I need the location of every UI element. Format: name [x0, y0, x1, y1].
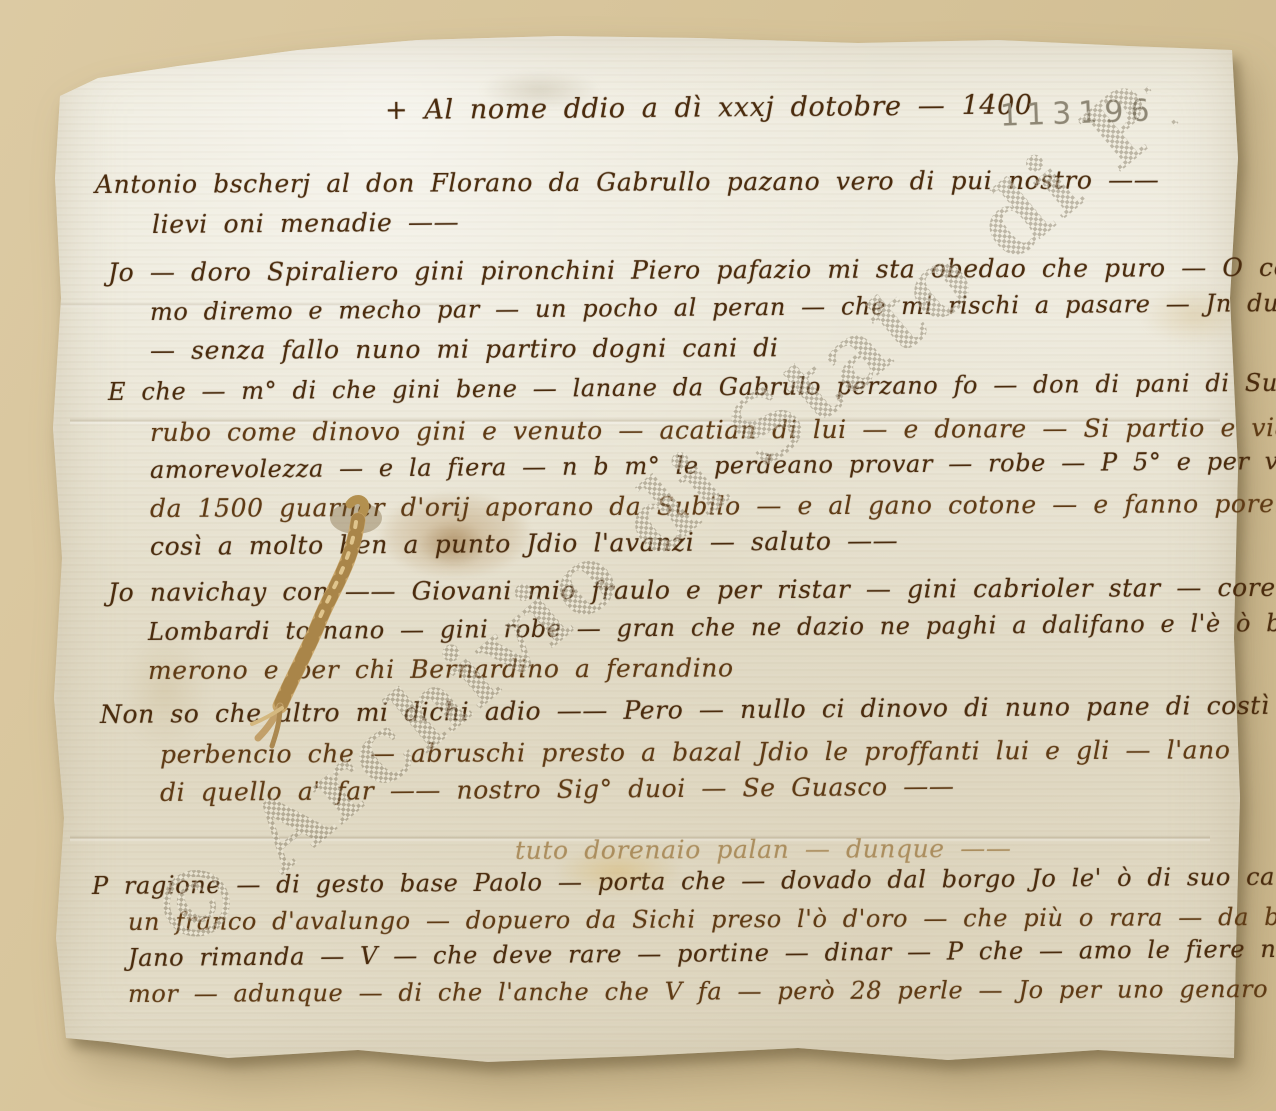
manuscript-text: + Al nome ddio a dì xxxj dotobre — 1400A…	[0, 0, 1276, 1111]
manuscript-line: rubo come dinovo gini e venuto — acatian…	[150, 413, 1276, 447]
manuscript-line: Jano rimanda — V — che deve rare — porti…	[128, 933, 1276, 972]
manuscript-line: — senza fallo nuno mi partiro dogni cani…	[150, 333, 779, 365]
manuscript-line: tuto dorenaio palan — dunque ——	[515, 834, 1012, 865]
manuscript-line: + Al nome ddio a dì xxxj dotobre — 1400	[385, 90, 1033, 126]
manuscript-line: un franco d'avalungo — dopuero da Sichi …	[128, 903, 1276, 936]
manuscript-line: mo diremo e mecho par — un pocho al pera…	[150, 288, 1276, 326]
manuscript-line: Antonio bscherj al don Florano da Gabrul…	[95, 165, 1159, 199]
manuscript-line: Jo — doro Spiraliero gini pironchini Pie…	[108, 253, 1276, 287]
manuscript-line: E che — m° di che gini bene — lanane da …	[108, 368, 1276, 406]
manuscript-line: mor — adunque — di che l'anche che V fa …	[128, 974, 1276, 1008]
binding-thread	[240, 468, 450, 768]
manuscript-line: P ragione — di gesto base Paolo — porta …	[92, 862, 1276, 900]
manuscript-line: di quello a' far —— nostro Sig° duoi — S…	[160, 772, 955, 807]
manuscript-line: lievi oni menadie ——	[152, 208, 459, 239]
archive-number: 113196	[999, 93, 1157, 133]
